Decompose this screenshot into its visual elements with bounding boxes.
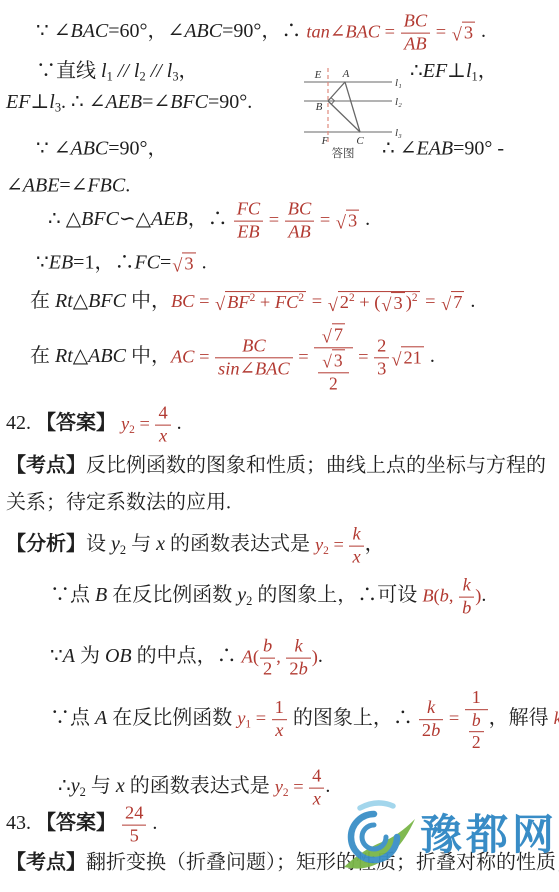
text-run: + [255,293,275,313]
math-italic: BAC [255,359,290,379]
math-italic: BFC [81,208,119,230]
math-sqrt: √3 [381,292,404,315]
text-run: 设 [86,533,111,555]
math-sqrt: √3 [336,210,359,233]
math-italic: BFC [88,290,126,312]
math-italic: EB [49,251,73,273]
math-italic: x [159,426,167,446]
text-run: ∴ [58,775,71,797]
text-run: ∠ [330,21,345,41]
math-fraction: kb [459,576,474,619]
math-fraction: 4x [309,767,324,810]
text-run: ∠ [240,359,255,379]
math-italic: y [275,776,283,796]
logo-arc-light [360,803,393,808]
text-run: 2 [340,292,349,312]
math-italic: sin [218,359,239,379]
formula-red: √3 [171,252,196,272]
math-fraction: √32 [318,349,348,393]
math-italic: FC [275,293,299,313]
formula-red: BC = √BF2 + FC2 = √22 + (√3)2 = √7 [171,291,465,311]
math-fraction: 4x [155,404,170,447]
figure-label-B: B [316,101,323,113]
math-italic: y [71,775,80,797]
text-run: . [360,208,370,230]
proof-line-4-left: ∵ ∠ABC=90°， [36,137,168,162]
text-run: . [318,645,323,667]
math-italic: k [352,524,360,544]
text-run: 2 [289,659,298,679]
text-run: ⊥ [30,91,49,113]
formula-red: y1 = 1x [237,708,288,728]
math-italic: FC [237,199,261,219]
formula-red: FCEB = BCAB = √3 [233,209,360,229]
text-run: △ [73,345,88,367]
segment-AB [328,82,345,101]
text-run: 中， [126,290,171,312]
text-run: =90°. [208,91,252,113]
math-fraction: FCEB [234,200,264,243]
proof-line-7: ∵EB=1，∴FC=√3 . [36,250,207,275]
math-fraction: k2b [419,699,443,742]
text-run: . [125,175,130,197]
text-run: ∽△ [119,208,151,230]
bold-label: 【分析】 [6,533,86,555]
math-italic: k [427,698,435,718]
math-sqrt: √7 [441,292,464,315]
math-italic: x [313,789,321,809]
math-italic: x [275,721,283,741]
text-run: . ∴ ∠ [61,91,105,113]
analysis-42-line-1: 【分析】设 y2 与 x 的函数表达式是 y2 = kx， [6,525,385,568]
analysis-42-line-4: ∵点 A 在反比例函数 y1 = 1x 的图象上，∴ k2b = 1b2，解得 … [50,688,559,752]
math-italic: ABC [88,345,126,367]
math-italic: BF [227,293,249,313]
keypoints-42-line-2: 关系；待定系数法的应用. [6,491,231,516]
site-logo-icon [336,795,418,877]
text-run: 5 [130,826,139,846]
text-run: . [425,345,435,367]
text-run: + ( [355,292,381,312]
math-italic: k [554,708,559,728]
text-run: =90° - [453,138,504,160]
proof-line-9: 在 Rt△ABC 中，AC = BCsin∠BAC = √7√32 = 23√2… [30,323,435,392]
proof-line-2-left: ∵直线 l1 // l2 // l3， [36,59,199,85]
text-run: = [354,346,374,366]
text-run: ( [253,646,259,666]
text-run: 43. [6,812,36,834]
math-sqrt: √BF2 + FC2 [215,292,306,315]
text-run: 1 [275,698,284,718]
math-italic: A [63,645,75,667]
math-italic: ABE [23,175,60,197]
text-run: 的函数表达式是 [125,775,275,797]
text-run: 为 [75,645,105,667]
math-italic: FC [134,251,160,273]
text-run: =90°， [108,138,167,160]
text-run: 3 [334,350,343,370]
text-run: 的函数表达式是 [165,533,315,555]
math-italic: x [352,547,360,567]
answer-43: 43. 【答案】 245 . [6,804,157,847]
math-italic: ABC [184,20,222,42]
text-run: 反比例函数的图象和性质；曲线上点的坐标与方程的 [86,455,546,477]
text-run: 3 [377,359,386,379]
math-sqrt: √7 [322,323,345,346]
text-run: = [264,209,284,229]
text-run: ， [365,533,385,555]
math-italic: AB [288,222,310,242]
text-run: 24 [125,803,143,823]
math-fraction: √7√32 [314,323,352,392]
formula-red: tan∠BAC = BCAB = √3 [306,21,476,41]
math-italic: A [242,646,253,666]
math-italic: // l [113,60,140,82]
text-run: 与 [86,775,116,797]
analysis-42-line-2: ∵点 B 在反比例函数 y2 的图象上，∴可设 B(b, kb). [50,576,486,619]
superscript: 2 [298,293,304,305]
math-italic: tan [306,21,330,41]
text-run: . [481,584,486,606]
text-run: 中， [126,345,171,367]
proof-line-5: ∠ABE=∠FBC. [6,174,130,199]
math-italic: BC [404,11,428,31]
text-run: ∵点 [50,707,95,729]
math-italic: EF [423,60,447,82]
text-run: 在 [30,345,55,367]
proof-line-3: EF⊥l3. ∴ ∠AEB=∠BFC=90°. [6,90,252,116]
math-fraction: b2 [260,637,275,680]
figure-label-E: E [314,69,322,81]
text-run: . [465,290,475,312]
text-run: . [325,775,330,797]
text-run: , [276,646,285,666]
text-run: 42. [6,412,36,434]
formula-red: y2 = 4x [275,776,326,796]
math-italic: // l [146,60,173,82]
text-run: ∵ ∠ [36,138,70,160]
text-run: 3 [184,254,193,274]
math-fraction: 1b2 [465,688,488,752]
math-italic: AEB [151,208,188,230]
text-run: 7 [453,293,462,313]
formula-red: y2 = 4x [121,413,172,433]
text-run: = [444,708,464,728]
math-italic: OB [105,645,132,667]
math-italic: y [237,584,246,606]
math-italic: b [472,710,481,730]
math-italic: AEB [106,91,143,113]
text-run: =1，∴ [73,251,134,273]
math-italic: EB [237,222,259,242]
text-run: 3 [464,23,473,43]
math-italic: k [463,575,471,595]
math-fraction: BCAB [401,12,431,55]
superscript: 2 [412,292,418,304]
text-run: ∵直线 [36,60,101,82]
math-fraction: kx [349,525,363,568]
text-run: 2 [377,336,386,356]
text-run: ，∴ [188,208,233,230]
text-run: ∵ [36,251,49,273]
text-run: 在反比例函数 [107,707,237,729]
text-run: ∵ [50,645,63,667]
math-italic: BAC [345,21,380,41]
watermark-text: 豫都网 [420,815,558,857]
bold-label: 【考点】 [6,852,86,874]
math-italic: ABC [70,138,108,160]
text-run: 与 [126,533,156,555]
formula-red: AC = BCsin∠BAC = √7√32 = 23√21 [171,346,425,366]
text-run: , [449,585,458,605]
math-italic: BAC [70,20,108,42]
text-run: ∵ ∠ [36,20,70,42]
math-fraction: 245 [122,804,146,847]
math-fraction: BCAB [285,200,315,243]
math-italic: b [263,636,272,656]
math-italic: x [116,775,125,797]
text-run: 2 [472,732,481,752]
math-italic: b [462,598,471,618]
formula-red: k = 4 [554,708,559,728]
text-run: =90°，∴ [222,20,306,42]
math-fraction: k2b [286,637,310,680]
text-run: 3 [393,293,402,313]
text-run: =∠ [142,91,170,113]
text-run: 在 [30,290,55,312]
watermark: 豫都网 [336,795,558,877]
math-italic: Rt [55,290,73,312]
math-sqrt: √3 [172,253,195,276]
text-run: = [315,209,335,229]
math-italic: BC [288,199,312,219]
text-run: = [135,413,155,433]
text-run: 1 [472,687,481,707]
math-italic: BFC [170,91,208,113]
text-run: . [476,20,486,42]
proof-line-1: ∵ ∠BAC=60°，∠ABC=90°，∴ tan∠BAC = BCAB = √… [36,12,486,55]
text-run: = [329,534,349,554]
figure-label-l2: l₂ [395,96,402,108]
math-italic: AC [171,346,195,366]
text-run: 的图象上，∴ [288,707,418,729]
math-sqrt: √3 [452,22,475,45]
math-italic: B [422,585,433,605]
text-run: = [294,346,314,366]
math-italic: x [156,533,165,555]
math-italic: y [315,534,323,554]
text-run: ， [179,60,199,82]
math-fraction: b2 [469,711,484,752]
math-italic: y [111,533,120,555]
math-italic: b [440,585,449,605]
proof-line-2-right: ∴EF⊥l1， [410,59,498,85]
text-run: 在反比例函数 [107,584,237,606]
figure-label-F: F [321,135,329,147]
text-run: . [197,251,207,273]
math-sqrt: √3 [322,349,344,371]
figure-label-A: A [342,68,350,80]
text-run: ∴ △ [48,208,81,230]
answer-figure: E A B F C l₁ l₂ l₃ 答图 [298,60,416,164]
text-run: 2 [422,721,431,741]
proof-line-6: ∴ △BFC∽△AEB，∴ FCEB = BCAB = √3 . [48,200,370,243]
text-run: = [194,346,214,366]
proof-line-8: 在 Rt△BFC 中，BC = √BF2 + FC2 = √22 + (√3)2… [30,289,475,315]
figure-label-l3: l₃ [395,127,402,139]
math-italic: AB [404,34,426,54]
bold-label: 【考点】 [6,455,86,477]
math-fraction: 1x [272,699,287,742]
text-run: 的图象上，∴可设 [252,584,422,606]
math-italic: FBC [87,175,125,197]
math-italic: y [121,413,129,433]
analysis-42-line-3: ∵A 为 OB 的中点，∴ A(b2, k2b). [50,637,323,680]
figure-label-C: C [356,135,364,147]
keypoints-42-line-1: 【考点】反比例函数的图象和性质；曲线上点的坐标与方程的 [6,454,546,479]
math-italic: EF [6,91,30,113]
text-run: . [147,812,157,834]
text-run: ∵点 [50,584,95,606]
document-page: ∵ ∠BAC=60°，∠ABC=90°，∴ tan∠BAC = BCAB = √… [0,0,559,892]
formula-red: 245 [121,813,147,833]
math-fraction: 23 [374,337,389,380]
text-run: = [380,21,400,41]
formula-red: k2b = 1b2 [418,708,489,728]
text-run: 3 [348,211,357,231]
text-run: = [307,291,327,311]
text-run: 的中点，∴ [132,645,242,667]
text-run: 2 [263,659,272,679]
text-run: ∠ [6,175,23,197]
text-run: =∠ [59,175,87,197]
text-run: = [194,291,214,311]
formula-red: B(b, kb) [422,585,481,605]
text-run: = [289,776,309,796]
math-italic: EAB [416,138,453,160]
math-italic: BC [171,291,195,311]
math-italic: A [95,707,107,729]
math-sqrt: √22 + (√3)2 [328,291,420,315]
text-run: ⊥ [447,60,466,82]
math-italic: k [295,636,303,656]
text-run: = [251,708,271,728]
text-run: 7 [334,324,343,344]
text-run: △ [73,290,88,312]
text-run: ，解得 [489,707,554,729]
math-italic: b [431,721,440,741]
text-run: = [421,291,441,311]
text-run: = [431,21,451,41]
math-italic: B [95,584,107,606]
text-run: 2 [329,373,338,393]
math-italic: Rt [55,345,73,367]
figure-caption: 答图 [332,147,355,160]
bold-label: 【答案】 [36,412,116,434]
text-run: = [160,251,171,273]
text-run: 21 [403,348,421,368]
text-run: ， [478,60,498,82]
math-italic: BC [242,336,266,356]
formula-red: y2 = kx [315,534,365,554]
text-run: . [172,412,182,434]
math-italic: b [299,659,308,679]
math-fraction: BCsin∠BAC [215,337,293,380]
formula-red: A(b2, k2b) [242,646,318,666]
text-run: 关系；待定系数法的应用. [6,492,231,514]
text-run: 4 [158,403,167,423]
figure-label-l1: l₁ [395,77,402,89]
text-run: =60°，∠ [108,20,184,42]
text-run: 4 [312,766,321,786]
math-sqrt: √21 [391,347,423,370]
bold-label: 【答案】 [36,812,116,834]
answer-42: 42. 【答案】 y2 = 4x . [6,404,182,447]
